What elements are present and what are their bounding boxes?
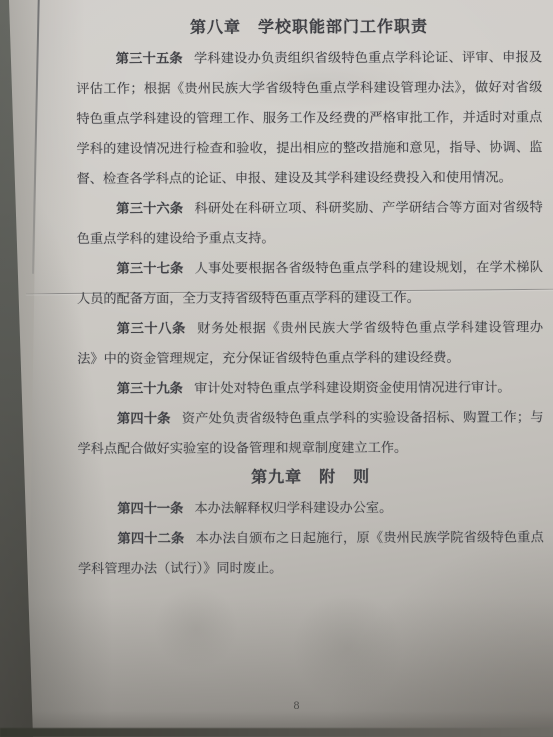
article-35-text: 学科建设办负责组织省级特色重点学科论证、评审、申报及评估工作；根据《贵州民族大学…: [76, 49, 542, 186]
article-39-number: 第三十九条: [117, 381, 183, 396]
article-40-number: 第四十条: [117, 411, 171, 426]
article-38-number: 第三十八条: [117, 321, 186, 336]
article-37-number: 第三十七条: [116, 261, 183, 276]
article-36: 第三十六条科研处在科研立项、科研奖励、产学研结合等方面对省级特色重点学科的建设给…: [77, 192, 543, 254]
page-number: 8: [40, 698, 553, 713]
article-35-number: 第三十五条: [116, 51, 183, 66]
article-37: 第三十七条人事处要根据各省级特色重点学科的建设规划，在学术梯队人员的配备方面，全…: [77, 252, 543, 314]
document-page: 第八章 学校职能部门工作职责 第三十五条学科建设办负责组织省级特色重点学科论证、…: [76, 12, 544, 584]
article-42: 第四十二条本办法自颁布之日起施行，原《贵州民族学院省级特色重点学科管理办法（试行…: [78, 522, 544, 584]
document-photo: 第八章 学校职能部门工作职责 第三十五条学科建设办负责组织省级特色重点学科论证、…: [0, 0, 553, 737]
desk-bottom-edge: [0, 728, 553, 737]
article-35: 第三十五条学科建设办负责组织省级特色重点学科论证、评审、申报及评估工作；根据《贵…: [76, 42, 543, 194]
article-38: 第三十八条财务处根据《贵州民族大学省级特色重点学科建设管理办法》中的资金管理规定…: [77, 312, 543, 374]
chapter-8-heading: 第八章 学校职能部门工作职责: [76, 12, 542, 44]
article-41-number: 第四十一条: [117, 501, 183, 516]
article-36-number: 第三十六条: [116, 201, 183, 216]
article-39-text: 审计处对特色重点学科建设期资金使用情况进行审计。: [194, 379, 511, 395]
article-41-text: 本办法解释权归学科建设办公室。: [194, 500, 392, 516]
article-42-number: 第四十二条: [117, 531, 184, 546]
chapter-9-heading: 第九章 附 则: [78, 462, 544, 494]
article-41: 第四十一条本办法解释权归学科建设办公室。: [78, 492, 544, 524]
article-40: 第四十条资产处负责省级特色重点学科的实验设备招标、购置工作；与学科点配合做好实验…: [77, 402, 543, 464]
article-39: 第三十九条审计处对特色重点学科建设期资金使用情况进行审计。: [77, 372, 543, 404]
